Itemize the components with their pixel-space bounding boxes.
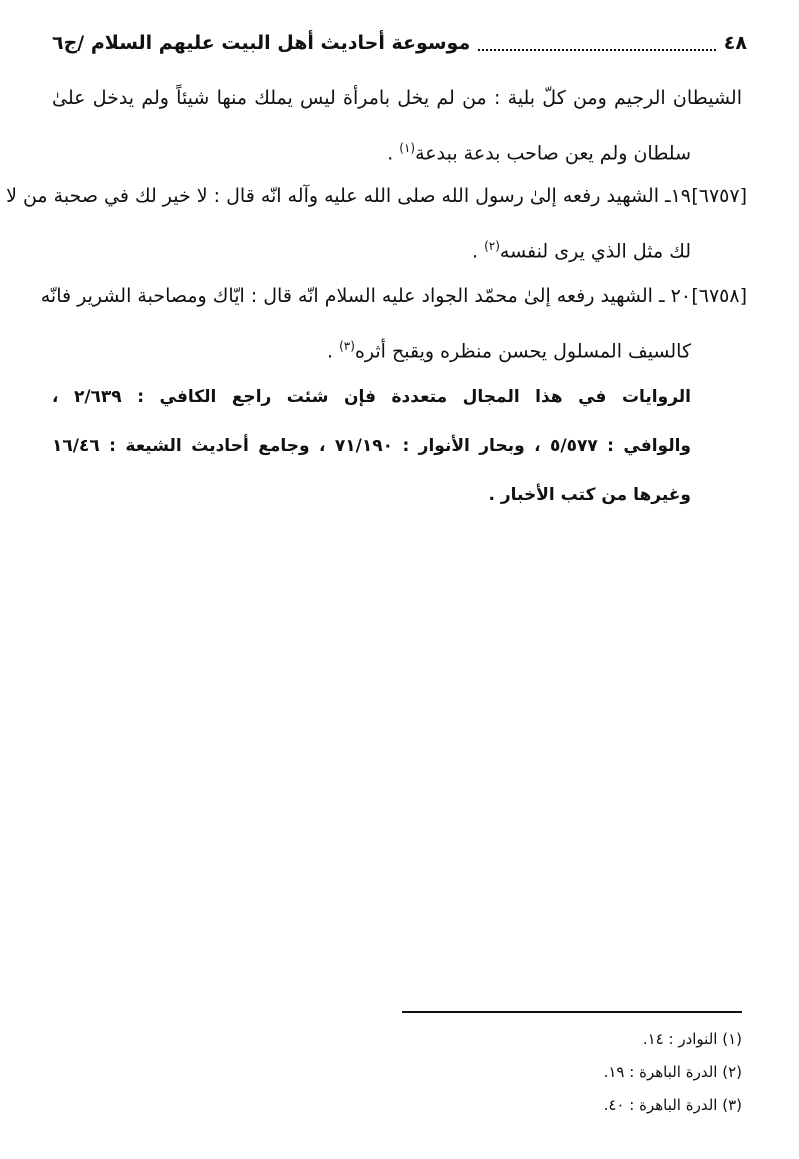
document-page: ٤٨ موسوعة أحاديث أهل البيت عليهم السلام …: [0, 0, 799, 1159]
paragraph-line: الشيطان الرجيم ومن كلّ بلية : من لم يخل …: [52, 84, 742, 112]
running-header: ٤٨ موسوعة أحاديث أهل البيت عليهم السلام …: [52, 26, 747, 60]
hadith-number: [٦٧٥٨]: [691, 282, 747, 310]
footnote-ref: (١): [399, 141, 415, 155]
hadith-line: ٢٠ ـ الشهيد رفعه إلىٰ محمّد الجواد عليه …: [52, 282, 691, 310]
hadith-line: كالسيف المسلول يحسن منظره ويقبح أثره(٣) …: [52, 332, 691, 365]
footnote-ref: (٣): [339, 339, 355, 353]
hadith-line: ١٩ـ الشهيد رفعه إلىٰ رسول الله صلى الله …: [52, 182, 691, 210]
leader-dots: [478, 35, 716, 51]
paragraph-line: سلطان ولم يعن صاحب بدعة ببدعة(١) .: [52, 134, 691, 167]
footnote: (٣) الدرة الباهرة : ٤٠.: [604, 1094, 742, 1116]
note-line: الروايات في هذا المجال متعددة فإن شئت را…: [52, 383, 691, 411]
hadith-line: لك مثل الذي يرى لنفسه(٢) .: [52, 232, 691, 265]
book-title: موسوعة أحاديث أهل البيت عليهم السلام /ج٦: [52, 32, 470, 54]
footnote-separator: [402, 1011, 742, 1013]
page-number: ٤٨: [724, 32, 747, 54]
footnote-ref: (٢): [484, 239, 500, 253]
footnote: (٢) الدرة الباهرة : ١٩.: [604, 1061, 742, 1083]
footnote: (١) النوادر : ١٤.: [643, 1028, 742, 1050]
note-line: وغيرها من كتب الأخبار .: [52, 481, 691, 509]
hadith-number: [٦٧٥٧]: [691, 182, 747, 210]
note-line: والوافي : ٥/٥٧٧ ، وبحار الأنوار : ٧١/١٩٠…: [52, 432, 691, 460]
